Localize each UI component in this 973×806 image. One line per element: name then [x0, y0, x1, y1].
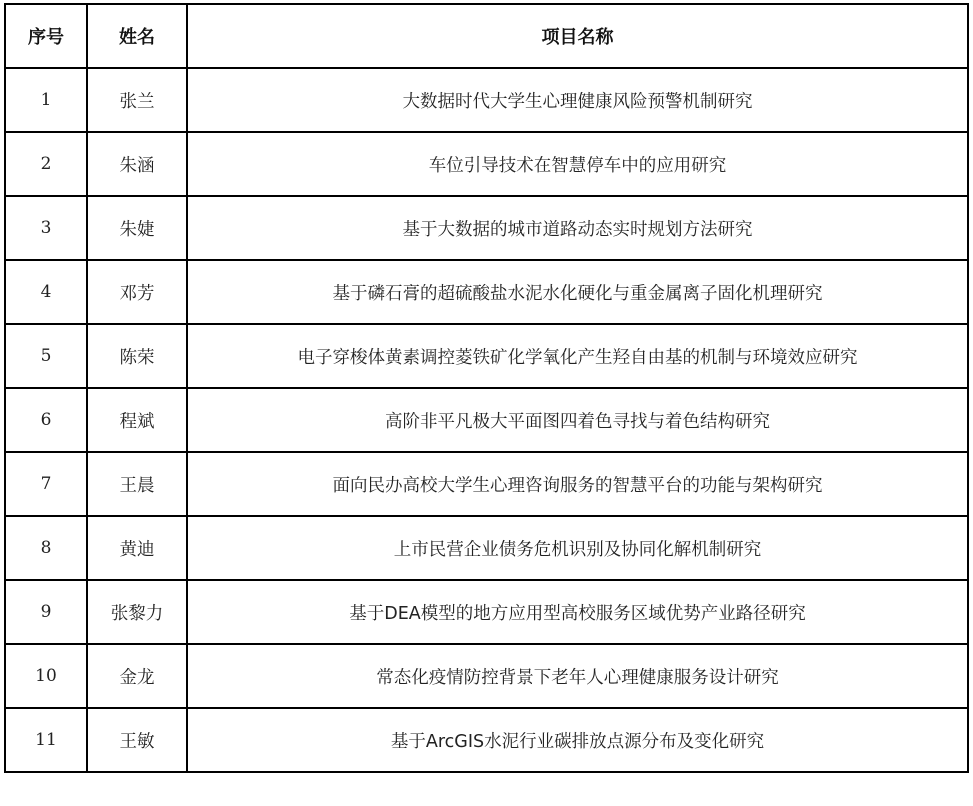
table-row: 2 朱涵 车位引导技术在智慧停车中的应用研究	[5, 132, 968, 196]
cell-serial-number: 5	[5, 324, 87, 388]
header-name: 姓名	[87, 4, 187, 68]
cell-serial-number: 3	[5, 196, 87, 260]
header-serial-number: 序号	[5, 4, 87, 68]
table-row: 4 邓芳 基于磷石膏的超硫酸盐水泥水化硬化与重金属离子固化机理研究	[5, 260, 968, 324]
cell-project-title: 基于大数据的城市道路动态实时规划方法研究	[187, 196, 968, 260]
cell-name: 金龙	[87, 644, 187, 708]
cell-project-title: 车位引导技术在智慧停车中的应用研究	[187, 132, 968, 196]
table-row: 3 朱婕 基于大数据的城市道路动态实时规划方法研究	[5, 196, 968, 260]
table-row: 7 王晨 面向民办高校大学生心理咨询服务的智慧平台的功能与架构研究	[5, 452, 968, 516]
cell-name: 王敏	[87, 708, 187, 772]
cell-name: 张黎力	[87, 580, 187, 644]
cell-serial-number: 9	[5, 580, 87, 644]
table-header-row: 序号 姓名 项目名称	[5, 4, 968, 68]
table-row: 6 程斌 高阶非平凡极大平面图四着色寻找与着色结构研究	[5, 388, 968, 452]
cell-project-title: 基于DEA模型的地方应用型高校服务区域优势产业路径研究	[187, 580, 968, 644]
cell-serial-number: 6	[5, 388, 87, 452]
cell-project-title: 常态化疫情防控背景下老年人心理健康服务设计研究	[187, 644, 968, 708]
cell-name: 程斌	[87, 388, 187, 452]
cell-project-title: 基于磷石膏的超硫酸盐水泥水化硬化与重金属离子固化机理研究	[187, 260, 968, 324]
cell-project-title: 大数据时代大学生心理健康风险预警机制研究	[187, 68, 968, 132]
header-project-title: 项目名称	[187, 4, 968, 68]
table-row: 11 王敏 基于ArcGIS水泥行业碳排放点源分布及变化研究	[5, 708, 968, 772]
cell-name: 陈荣	[87, 324, 187, 388]
document-page: 序号 姓名 项目名称 1 张兰 大数据时代大学生心理健康风险预警机制研究 2 朱…	[0, 0, 973, 806]
cell-serial-number: 1	[5, 68, 87, 132]
cell-name: 朱婕	[87, 196, 187, 260]
project-list-table: 序号 姓名 项目名称 1 张兰 大数据时代大学生心理健康风险预警机制研究 2 朱…	[4, 3, 969, 773]
cell-serial-number: 4	[5, 260, 87, 324]
cell-name: 邓芳	[87, 260, 187, 324]
table-row: 5 陈荣 电子穿梭体黄素调控菱铁矿化学氧化产生羟自由基的机制与环境效应研究	[5, 324, 968, 388]
cell-serial-number: 2	[5, 132, 87, 196]
table-row: 10 金龙 常态化疫情防控背景下老年人心理健康服务设计研究	[5, 644, 968, 708]
cell-serial-number: 11	[5, 708, 87, 772]
cell-serial-number: 10	[5, 644, 87, 708]
cell-project-title: 基于ArcGIS水泥行业碳排放点源分布及变化研究	[187, 708, 968, 772]
cell-project-title: 电子穿梭体黄素调控菱铁矿化学氧化产生羟自由基的机制与环境效应研究	[187, 324, 968, 388]
cell-name: 黄迪	[87, 516, 187, 580]
cell-serial-number: 7	[5, 452, 87, 516]
table-row: 8 黄迪 上市民营企业债务危机识别及协同化解机制研究	[5, 516, 968, 580]
table-row: 1 张兰 大数据时代大学生心理健康风险预警机制研究	[5, 68, 968, 132]
cell-project-title: 上市民营企业债务危机识别及协同化解机制研究	[187, 516, 968, 580]
cell-project-title: 高阶非平凡极大平面图四着色寻找与着色结构研究	[187, 388, 968, 452]
cell-name: 张兰	[87, 68, 187, 132]
cell-name: 朱涵	[87, 132, 187, 196]
cell-project-title: 面向民办高校大学生心理咨询服务的智慧平台的功能与架构研究	[187, 452, 968, 516]
table-row: 9 张黎力 基于DEA模型的地方应用型高校服务区域优势产业路径研究	[5, 580, 968, 644]
cell-name: 王晨	[87, 452, 187, 516]
cell-serial-number: 8	[5, 516, 87, 580]
